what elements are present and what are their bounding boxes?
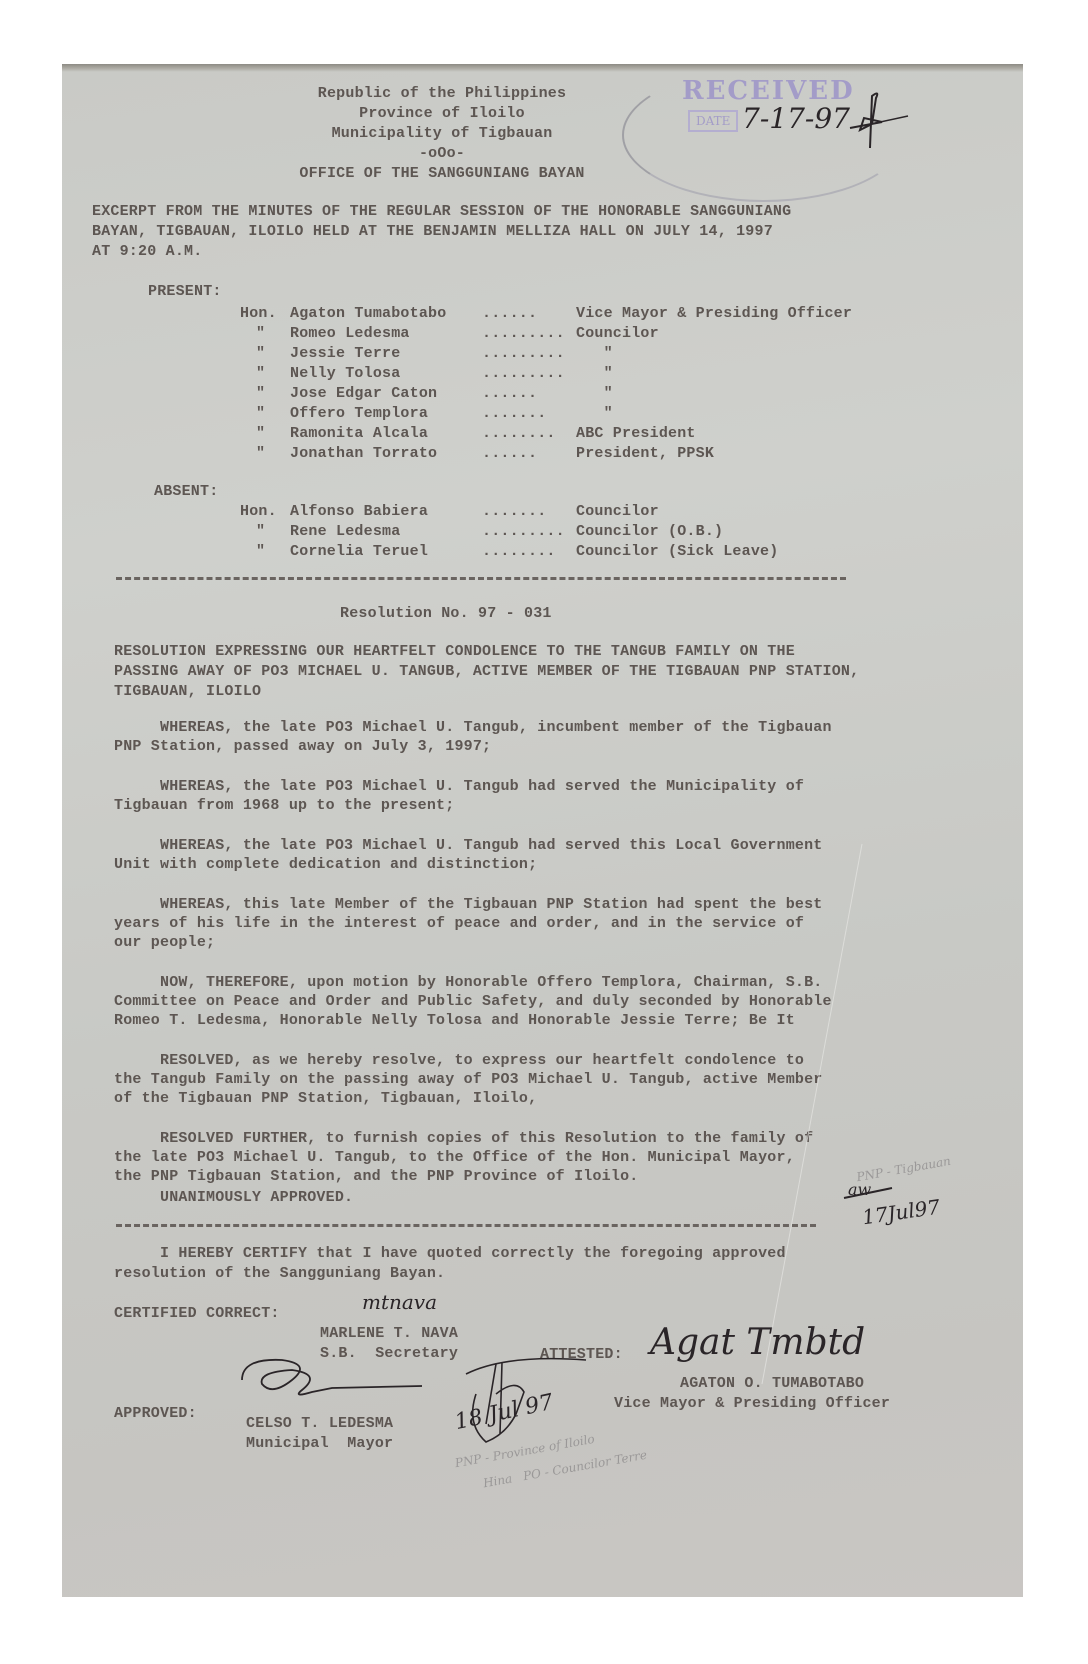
document-photo: Republic of the Philippines Province of … [62, 64, 1023, 1597]
paper-crease [62, 64, 1023, 1597]
